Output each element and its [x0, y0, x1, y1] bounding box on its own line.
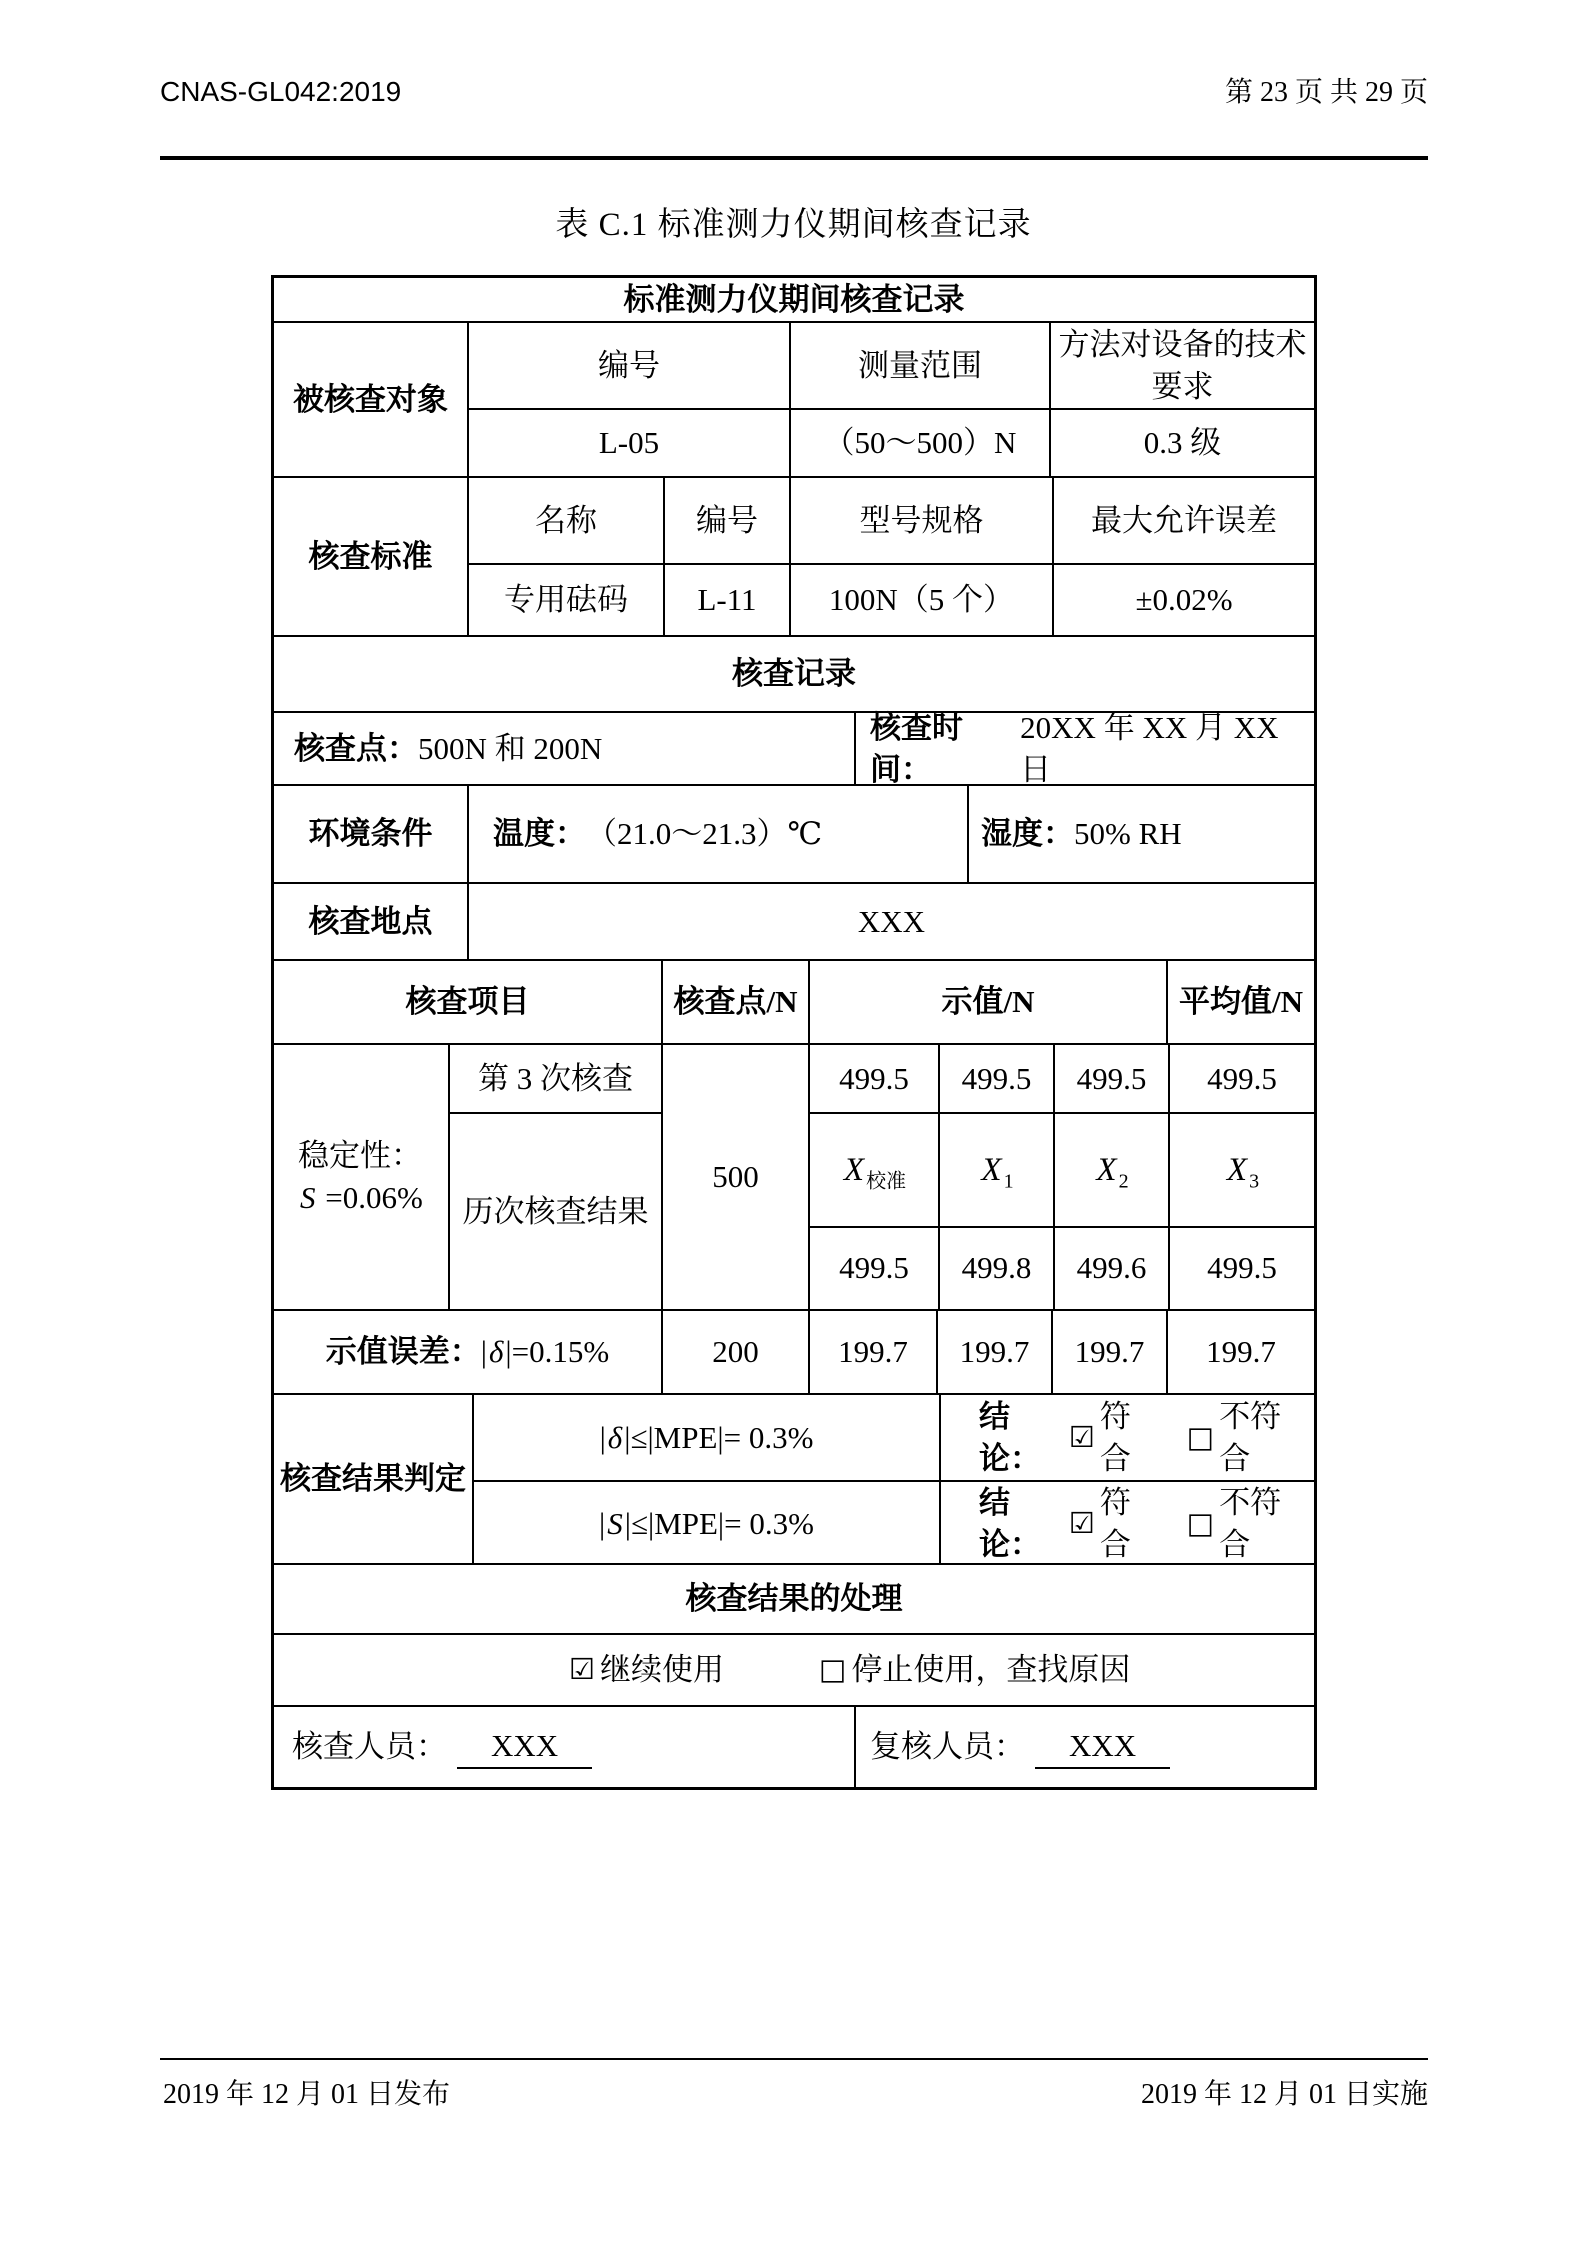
header-std-id: 编号 — [663, 478, 789, 563]
column-point: 核查点/N — [661, 961, 808, 1043]
judgment-delta-conclusion: 结论： ☑符合 □不符合 — [939, 1395, 1314, 1480]
judgment-label: 核查结果判定 — [274, 1395, 472, 1563]
check3-label: 第 3 次核查 — [450, 1045, 661, 1112]
stop-using-option: □停止使用，查找原因 — [819, 1649, 1130, 1691]
value-mpe: ±0.02% — [1052, 565, 1314, 635]
keep-using-option: ☑继续使用 — [569, 1649, 724, 1691]
stability-value: S =0.06% — [298, 1177, 423, 1219]
location-row: 核查地点 XXX — [274, 882, 1314, 959]
check-time-label: 核查时间： — [870, 707, 1020, 791]
value-range: （50～500）N — [789, 410, 1049, 476]
history-value-3: 499.6 — [1053, 1228, 1168, 1309]
check-standard-value-row: 专用砝码 L-11 100N（5 个） ±0.02% — [469, 563, 1314, 635]
judgment-delta-formula: |δ|≤|MPE|= 0.3% — [474, 1395, 939, 1480]
document-code: CNAS-GL042:2019 — [160, 76, 401, 108]
conclusion-pass-option: ☑符合 — [1069, 1482, 1159, 1566]
temperature-value: （21.0～21.3）℃ — [586, 813, 822, 855]
history-values-row: 499.5 499.8 499.6 499.5 — [810, 1226, 1314, 1309]
grid-header-row: 核查项目 核查点/N 示值/N 平均值/N — [274, 959, 1314, 1043]
page-number: 第 23 页 共 29 页 — [1225, 70, 1428, 110]
reviewer-signature: XXX — [1035, 1725, 1170, 1769]
unchecked-checkbox-icon: □ — [819, 1650, 846, 1689]
check3-value-3: 499.5 — [1053, 1045, 1168, 1112]
header-name: 名称 — [469, 478, 663, 563]
judgment-s-conclusion: 结论： ☑符合 □不符合 — [939, 1482, 1314, 1565]
checked-checkbox-icon: ☑ — [1069, 1418, 1095, 1457]
indication-error-formula: |δ|=0.15% — [481, 1331, 609, 1373]
header-rule — [160, 156, 1428, 160]
conclusion-pass-option: ☑符合 — [1069, 1396, 1159, 1480]
history-label-row: 历次核查结果 — [450, 1112, 661, 1309]
check3-mean: 499.5 — [1168, 1045, 1314, 1112]
disposition-options-row: ☑继续使用 □停止使用，查找原因 — [274, 1633, 1314, 1705]
check3-label-row: 第 3 次核查 — [450, 1045, 661, 1112]
judgment-delta-row: |δ|≤|MPE|= 0.3% 结论： ☑符合 □不符合 — [474, 1395, 1314, 1480]
conclusion-fail-option: □不符合 — [1187, 1396, 1308, 1480]
header-requirement: 方法对设备的技术要求 — [1049, 323, 1314, 408]
document-page: CNAS-GL042:2019 第 23 页 共 29 页 表 C.1 标准测力… — [0, 0, 1587, 2245]
conclusion-label: 结论： — [979, 1396, 1069, 1480]
checked-object-header-row: 编号 测量范围 方法对设备的技术要求 — [469, 323, 1314, 408]
check-point-label: 核查点： — [294, 728, 418, 770]
error-value-3: 199.7 — [1051, 1311, 1166, 1393]
history-value-1: 499.5 — [810, 1228, 938, 1309]
stability-band: 稳定性： S =0.06% 第 3 次核查 历次核查结果 500 499.5 4… — [274, 1043, 1314, 1309]
value-requirement: 0.3 级 — [1049, 410, 1314, 476]
checked-checkbox-icon: ☑ — [569, 1650, 595, 1689]
checker-label: 核查人员： — [292, 1726, 447, 1768]
checked-checkbox-icon: ☑ — [1069, 1504, 1095, 1543]
header-id: 编号 — [469, 323, 789, 408]
header-mpe: 最大允许误差 — [1052, 478, 1314, 563]
header-model: 型号规格 — [789, 478, 1052, 563]
stability-label: 稳定性： — [298, 1135, 422, 1177]
page-header: CNAS-GL042:2019 第 23 页 共 29 页 — [160, 70, 1428, 110]
footer-rule — [160, 2058, 1428, 2060]
check-time-value: 20XX 年 XX 月 XX 日 — [1020, 707, 1308, 791]
issue-date: 2019 年 12 月 01 日发布 — [163, 2072, 450, 2112]
header-range: 测量范围 — [789, 323, 1049, 408]
value-model: 100N（5 个） — [789, 565, 1052, 635]
implementation-date: 2019 年 12 月 01 日实施 — [1141, 2072, 1428, 2112]
x-labels-row: X校准 X1 X2 X3 — [810, 1112, 1314, 1225]
column-item: 核查项目 — [274, 961, 661, 1043]
check3-value-1: 499.5 — [810, 1045, 938, 1112]
location-value: XXX — [467, 884, 1314, 959]
table-title-row: 标准测力仪期间核查记录 — [274, 278, 1314, 321]
table-caption: 表 C.1 标准测力仪期间核查记录 — [0, 198, 1587, 245]
checked-object-value-row: L-05 （50～500）N 0.3 级 — [469, 408, 1314, 476]
history-label: 历次核查结果 — [450, 1114, 661, 1309]
judgment-stack: |δ|≤|MPE|= 0.3% 结论： ☑符合 □不符合 |S|≤|MPE|= … — [472, 1395, 1314, 1563]
indication-error-point: 200 — [661, 1311, 808, 1393]
conclusion-fail-option: □不符合 — [1187, 1482, 1308, 1566]
checked-object-band: 被核查对象 编号 测量范围 方法对设备的技术要求 L-05 （50～500）N … — [274, 321, 1314, 476]
check-point-cell: 核查点： 500N 和 200N — [274, 713, 854, 784]
check3-values-row: 499.5 499.5 499.5 499.5 — [810, 1045, 1314, 1112]
unchecked-checkbox-icon: □ — [1187, 1504, 1214, 1543]
humidity-label: 湿度： — [981, 813, 1074, 855]
checked-object-stack: 编号 测量范围 方法对设备的技术要求 L-05 （50～500）N 0.3 级 — [467, 323, 1314, 476]
check-standard-label: 核查标准 — [274, 478, 467, 635]
temperature-cell: 温度： （21.0～21.3）℃ — [467, 786, 967, 882]
check-standard-band: 核查标准 名称 编号 型号规格 最大允许误差 专用砝码 L-11 100N（5 … — [274, 476, 1314, 635]
check-time-cell: 核查时间： 20XX 年 XX 月 XX 日 — [854, 713, 1314, 784]
x3-label: X3 — [1168, 1114, 1314, 1225]
check3-value-2: 499.5 — [938, 1045, 1053, 1112]
stability-values-grid: 499.5 499.5 499.5 499.5 X校准 X1 X2 — [808, 1045, 1314, 1309]
record-title-row: 核查记录 — [274, 635, 1314, 711]
indication-error-row: 示值误差： |δ|=0.15% 200 199.7 199.7 199.7 19… — [274, 1309, 1314, 1393]
x1-label: X1 — [938, 1114, 1053, 1225]
judgment-s-formula: |S|≤|MPE|= 0.3% — [474, 1482, 939, 1565]
column-mean: 平均值/N — [1166, 961, 1314, 1043]
point-time-row: 核查点： 500N 和 200N 核查时间： 20XX 年 XX 月 XX 日 — [274, 711, 1314, 784]
environment-row: 环境条件 温度： （21.0～21.3）℃ 湿度： 50% RH — [274, 784, 1314, 882]
column-indication: 示值/N — [808, 961, 1166, 1043]
x-cal-label: X校准 — [810, 1114, 938, 1225]
checked-object-label: 被核查对象 — [274, 323, 467, 476]
value-name: 专用砝码 — [469, 565, 663, 635]
record-section-title: 核查记录 — [274, 637, 1314, 711]
personnel-row: 核查人员： XXX 复核人员： XXX — [274, 1705, 1314, 1787]
error-value-2: 199.7 — [936, 1311, 1051, 1393]
stability-label-cell: 稳定性： S =0.06% — [274, 1045, 448, 1309]
page-footer: 2019 年 12 月 01 日发布 2019 年 12 月 01 日实施 — [163, 2072, 1428, 2112]
unchecked-checkbox-icon: □ — [1187, 1418, 1214, 1457]
check-standard-header-row: 名称 编号 型号规格 最大允许误差 — [469, 478, 1314, 563]
stability-item-stack: 第 3 次核查 历次核查结果 — [448, 1045, 661, 1309]
checker-cell: 核查人员： XXX — [274, 1707, 854, 1787]
table-title: 标准测力仪期间核查记录 — [274, 278, 1314, 321]
conclusion-label: 结论： — [979, 1482, 1069, 1566]
environment-label: 环境条件 — [274, 786, 467, 882]
judgment-s-row: |S|≤|MPE|= 0.3% 结论： ☑符合 □不符合 — [474, 1480, 1314, 1565]
value-std-id: L-11 — [663, 565, 789, 635]
disposition-options-cell: ☑继续使用 □停止使用，查找原因 — [274, 1635, 1314, 1705]
reviewer-label: 复核人员： — [870, 1726, 1025, 1768]
stability-point: 500 — [661, 1045, 808, 1309]
location-label: 核查地点 — [274, 884, 467, 959]
checker-signature: XXX — [457, 1725, 592, 1769]
disposition-title-row: 核查结果的处理 — [274, 1563, 1314, 1633]
history-mean: 499.5 — [1168, 1228, 1314, 1309]
indication-error-label: 示值误差： — [326, 1331, 481, 1373]
judgment-band: 核查结果判定 |δ|≤|MPE|= 0.3% 结论： ☑符合 □不符合 |S|≤… — [274, 1393, 1314, 1563]
reviewer-cell: 复核人员： XXX — [854, 1707, 1314, 1787]
humidity-cell: 湿度： 50% RH — [967, 786, 1314, 882]
history-value-2: 499.8 — [938, 1228, 1053, 1309]
check-record-table: 标准测力仪期间核查记录 被核查对象 编号 测量范围 方法对设备的技术要求 L-0… — [271, 275, 1317, 1790]
temperature-label: 温度： — [493, 813, 586, 855]
disposition-title: 核查结果的处理 — [274, 1565, 1314, 1633]
error-mean: 199.7 — [1166, 1311, 1314, 1393]
indication-error-label-cell: 示值误差： |δ|=0.15% — [274, 1311, 661, 1393]
value-id: L-05 — [469, 410, 789, 476]
error-value-1: 199.7 — [808, 1311, 936, 1393]
check-standard-stack: 名称 编号 型号规格 最大允许误差 专用砝码 L-11 100N（5 个） ±0… — [467, 478, 1314, 635]
check-point-value: 500N 和 200N — [418, 728, 602, 770]
humidity-value: 50% RH — [1074, 813, 1182, 855]
x2-label: X2 — [1053, 1114, 1168, 1225]
